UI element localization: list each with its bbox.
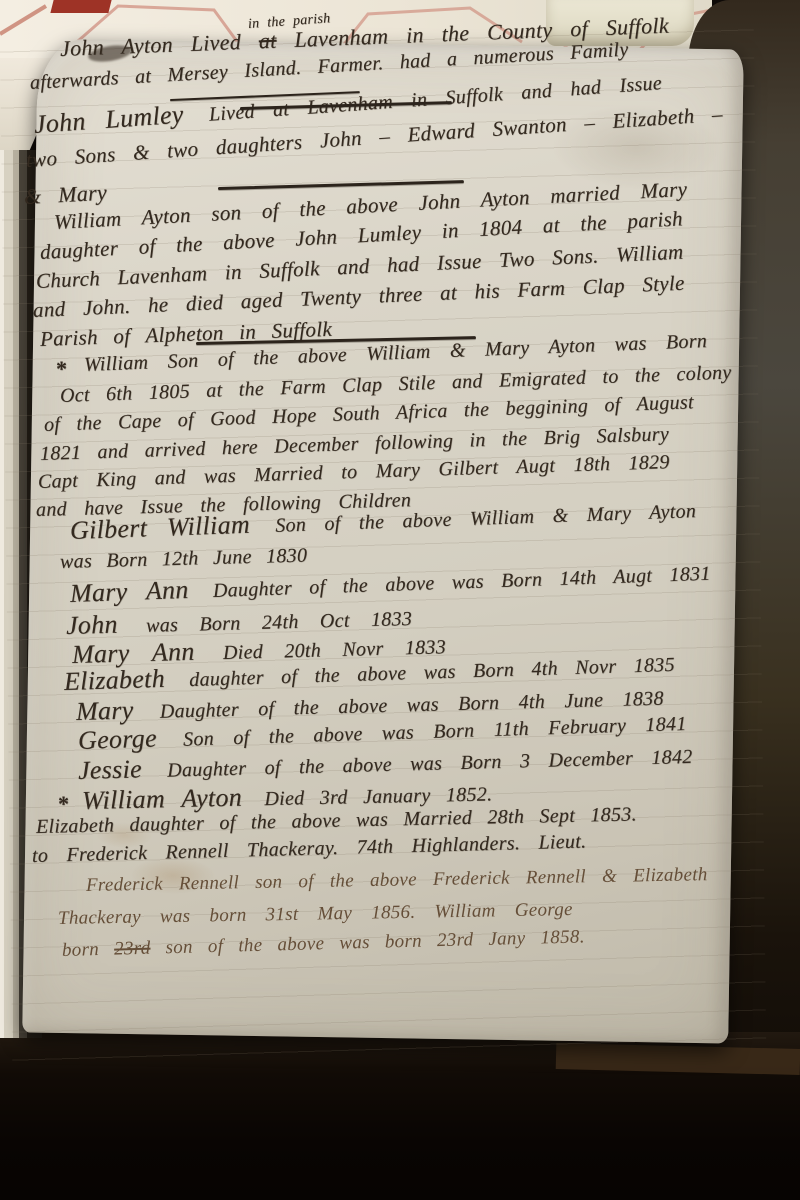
record-william-george-born: born 23rd son of the above was born 23rd… (62, 926, 585, 962)
record-frederick-rennell-born-2: Thackeray was born 31st May 1856. Willia… (58, 899, 573, 930)
asterisk-mark: * (56, 356, 67, 382)
person-name: Jessie (78, 754, 143, 785)
text-segment: John Ayton Lived (60, 28, 260, 61)
photo-of-register-page: in the parish John Ayton Lived at Lavenh… (0, 0, 800, 1200)
handwriting-layer: in the parish John Ayton Lived at Lavenh… (0, 0, 800, 1200)
text-segment: Daughter of the above was Born 14th Augt… (195, 563, 711, 603)
person-name: Mary (76, 695, 134, 725)
person-name: Gilbert William (69, 510, 250, 545)
text-segment: Daughter of the above was Born 3 Decembe… (149, 746, 693, 782)
person-name: George (78, 724, 158, 755)
record-frederick-rennell-born-1: Frederick Rennell son of the above Frede… (86, 864, 708, 897)
section-divider (218, 180, 464, 190)
person-name: Elizabeth (64, 664, 166, 696)
text-segment: born (62, 939, 115, 961)
child-record-gilbert-william-cont: was Born 12th June 1830 (60, 545, 308, 574)
person-name: John Lumley (33, 100, 185, 139)
struck-word: at (258, 28, 277, 54)
person-name: William Ayton (82, 783, 243, 815)
entry-john-lumley-line3: & Mary (23, 180, 107, 210)
asterisk-mark: * (58, 791, 69, 817)
text-segment: son of the above was born 23rd Jany 1858… (150, 926, 585, 958)
struck-word: 23rd (114, 938, 151, 960)
person-name: John (66, 610, 118, 640)
person-name: Mary Ann (69, 575, 189, 608)
